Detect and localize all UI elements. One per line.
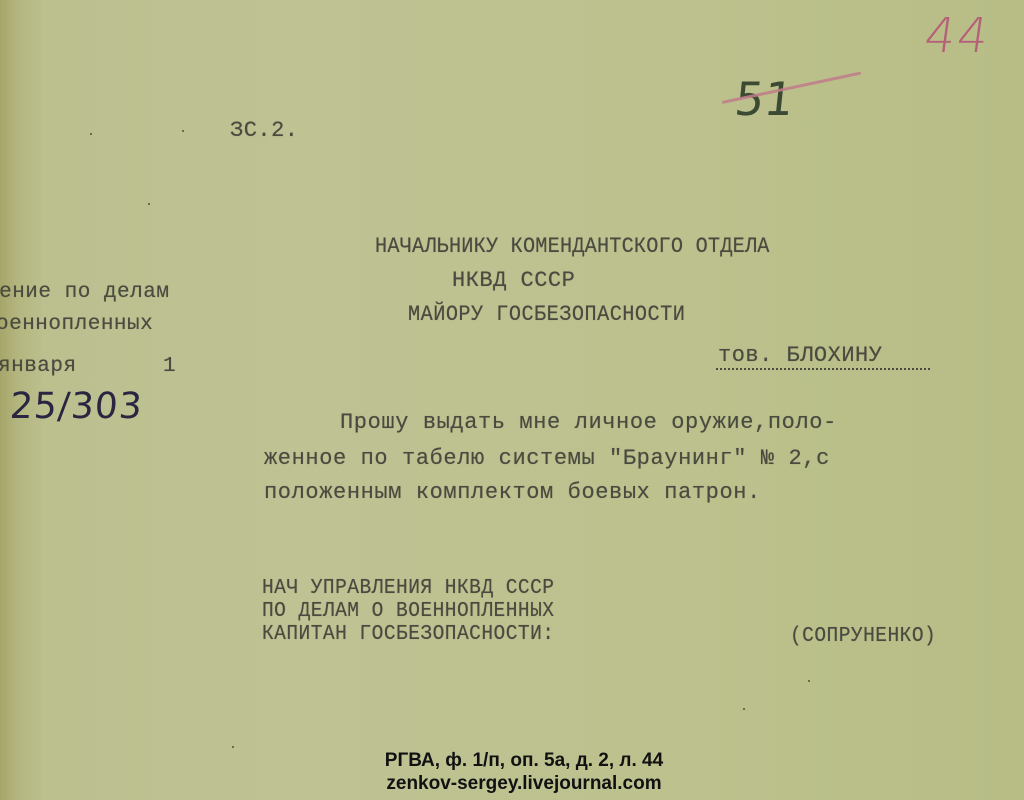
- archival-document-page: 44 51 ЗС.2. НАЧАЛЬНИКУ КОМЕНДАНТСКОГО ОТ…: [0, 0, 1024, 800]
- signature-line-3: КАПИТАН ГОСБЕЗОПАСНОСТИ:: [262, 623, 554, 646]
- addressee-line-2: НКВД СССР: [452, 268, 575, 293]
- paper-speck: [808, 680, 810, 682]
- handwritten-registration-number: 25/303: [9, 386, 145, 427]
- reference-code: ЗС.2.: [230, 118, 299, 143]
- paper-speck: [90, 133, 92, 135]
- addressee-line-1: НАЧАЛЬНИКУ КОМЕНДАНТСКОГО ОТДЕЛА: [375, 234, 770, 259]
- source-url: zenkov-sergey.livejournal.com: [12, 772, 1024, 795]
- archive-citation: РГВА, ф. 1/п, оп. 5а, д. 2, л. 44: [12, 749, 1024, 772]
- sender-stamp-line-2: оеннопленных: [0, 313, 153, 336]
- sender-stamp-month: января: [0, 355, 77, 378]
- signatory-name: (СОПРУНЕНКО): [790, 625, 936, 648]
- body-line-3: положенным комплектом боевых патрон.: [264, 480, 761, 505]
- addressee-recipient: тов. БЛОХИНУ: [718, 343, 882, 368]
- archive-page-number: 44: [921, 8, 994, 64]
- paper-speck: [148, 203, 150, 205]
- body-line-1: Прошу выдать мне личное оружие,поло-: [340, 410, 837, 435]
- paper-speck: [743, 708, 745, 710]
- paper-speck: [232, 746, 234, 748]
- paper-speck: [182, 130, 184, 132]
- body-line-2: женное по табелю системы "Браунинг" № 2,…: [264, 446, 830, 471]
- addressee-line-3: МАЙОРУ ГОСБЕЗОПАСНОСТИ: [408, 302, 685, 327]
- signature-line-1: НАЧ УПРАВЛЕНИЯ НКВД СССР: [262, 577, 554, 600]
- recipient-underline: [716, 368, 930, 370]
- signature-line-2: ПО ДЕЛАМ О ВОЕННОПЛЕННЫХ: [262, 600, 554, 623]
- sender-stamp-line-1: ление по делам: [0, 281, 169, 304]
- sender-stamp-day: 1: [163, 355, 176, 378]
